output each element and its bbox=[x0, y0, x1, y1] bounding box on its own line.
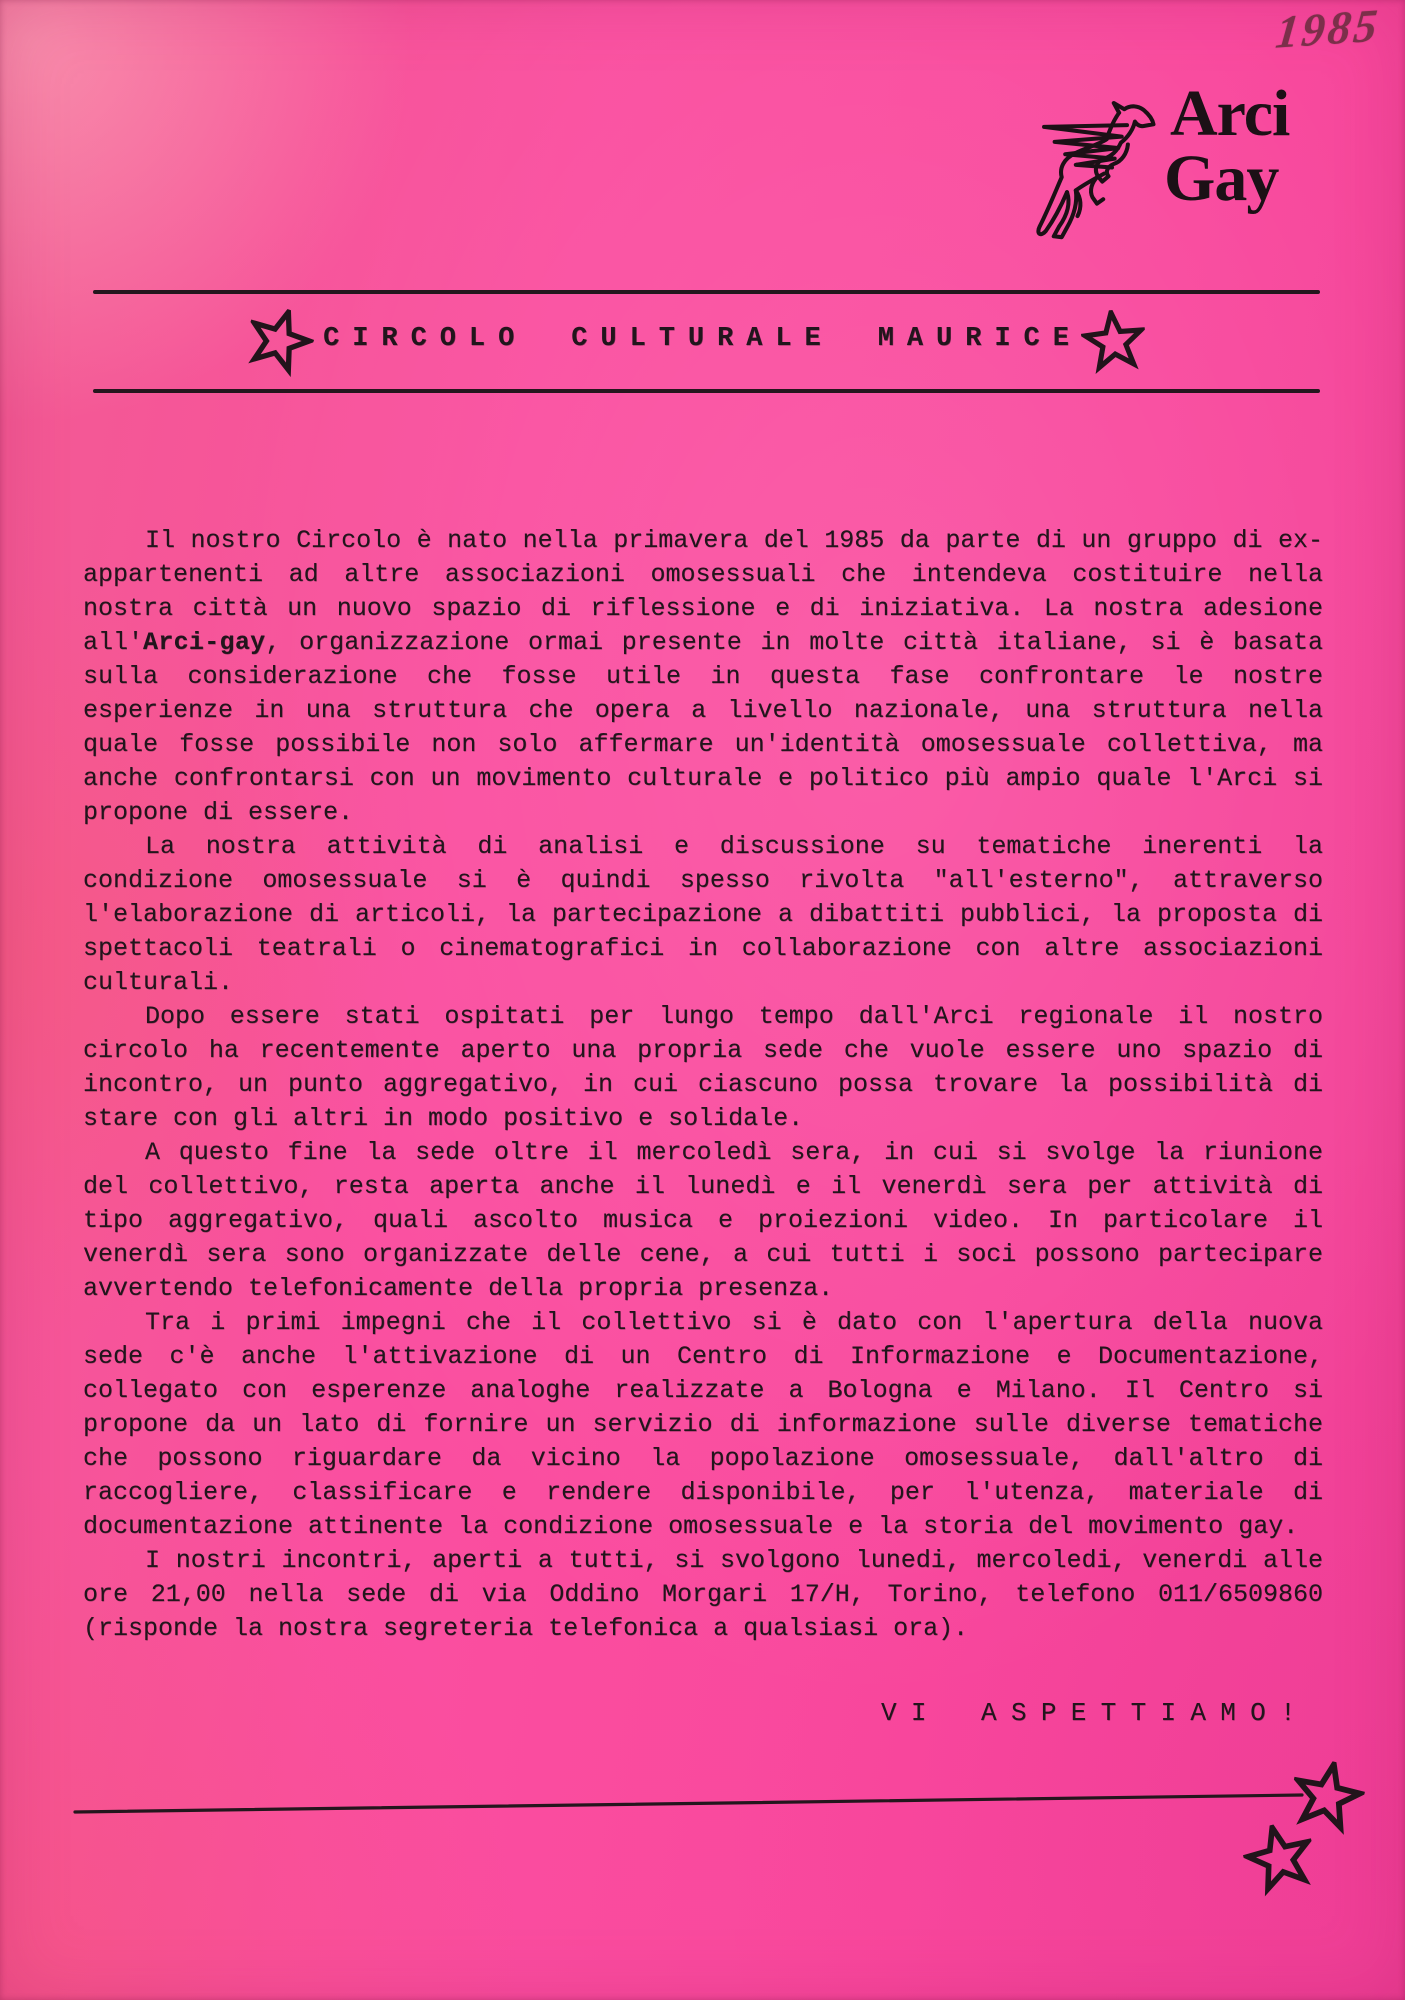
paragraph-1: Il nostro Circolo è nato nella primavera… bbox=[83, 524, 1323, 830]
paragraph-1-rest: , organizzazione ormai presente in molte… bbox=[83, 628, 1323, 827]
paragraph-4: A questo fine la sede oltre il mercoledì… bbox=[83, 1136, 1323, 1306]
paragraph-6: I nostri incontri, aperti a tutti, si sv… bbox=[83, 1544, 1323, 1646]
paragraph-2: La nostra attività di analisi e discussi… bbox=[83, 830, 1323, 1000]
header-rule-top bbox=[93, 290, 1320, 294]
divider-line bbox=[70, 1784, 1315, 1825]
logo-text-gay: Gay bbox=[1164, 147, 1289, 212]
paragraph-5: Tra i primi impegni che il collettivo si… bbox=[83, 1306, 1323, 1544]
paragraph-1-bold: Arci-gay bbox=[143, 628, 265, 657]
handwritten-year: 1985 bbox=[1273, 0, 1382, 59]
body-text: Il nostro Circolo è nato nella primavera… bbox=[83, 524, 1323, 1646]
star-icon bbox=[1079, 307, 1149, 377]
arcigay-logo: Arci Gay bbox=[1022, 88, 1322, 248]
page-title: CIRCOLO CULTURALE MAURICE bbox=[0, 324, 1405, 354]
header-rule-bottom bbox=[93, 389, 1320, 393]
logo-text-arci: Arci bbox=[1170, 77, 1289, 150]
closing-line: VI ASPETTIAMO! bbox=[881, 1698, 1310, 1728]
logo-wordmark: Arci Gay bbox=[1170, 82, 1289, 211]
paragraph-3: Dopo essere stati ospitati per lungo tem… bbox=[83, 1000, 1323, 1136]
pegasus-icon bbox=[1022, 96, 1172, 251]
scanned-flyer-page: 1985 Arc bbox=[0, 0, 1405, 2000]
